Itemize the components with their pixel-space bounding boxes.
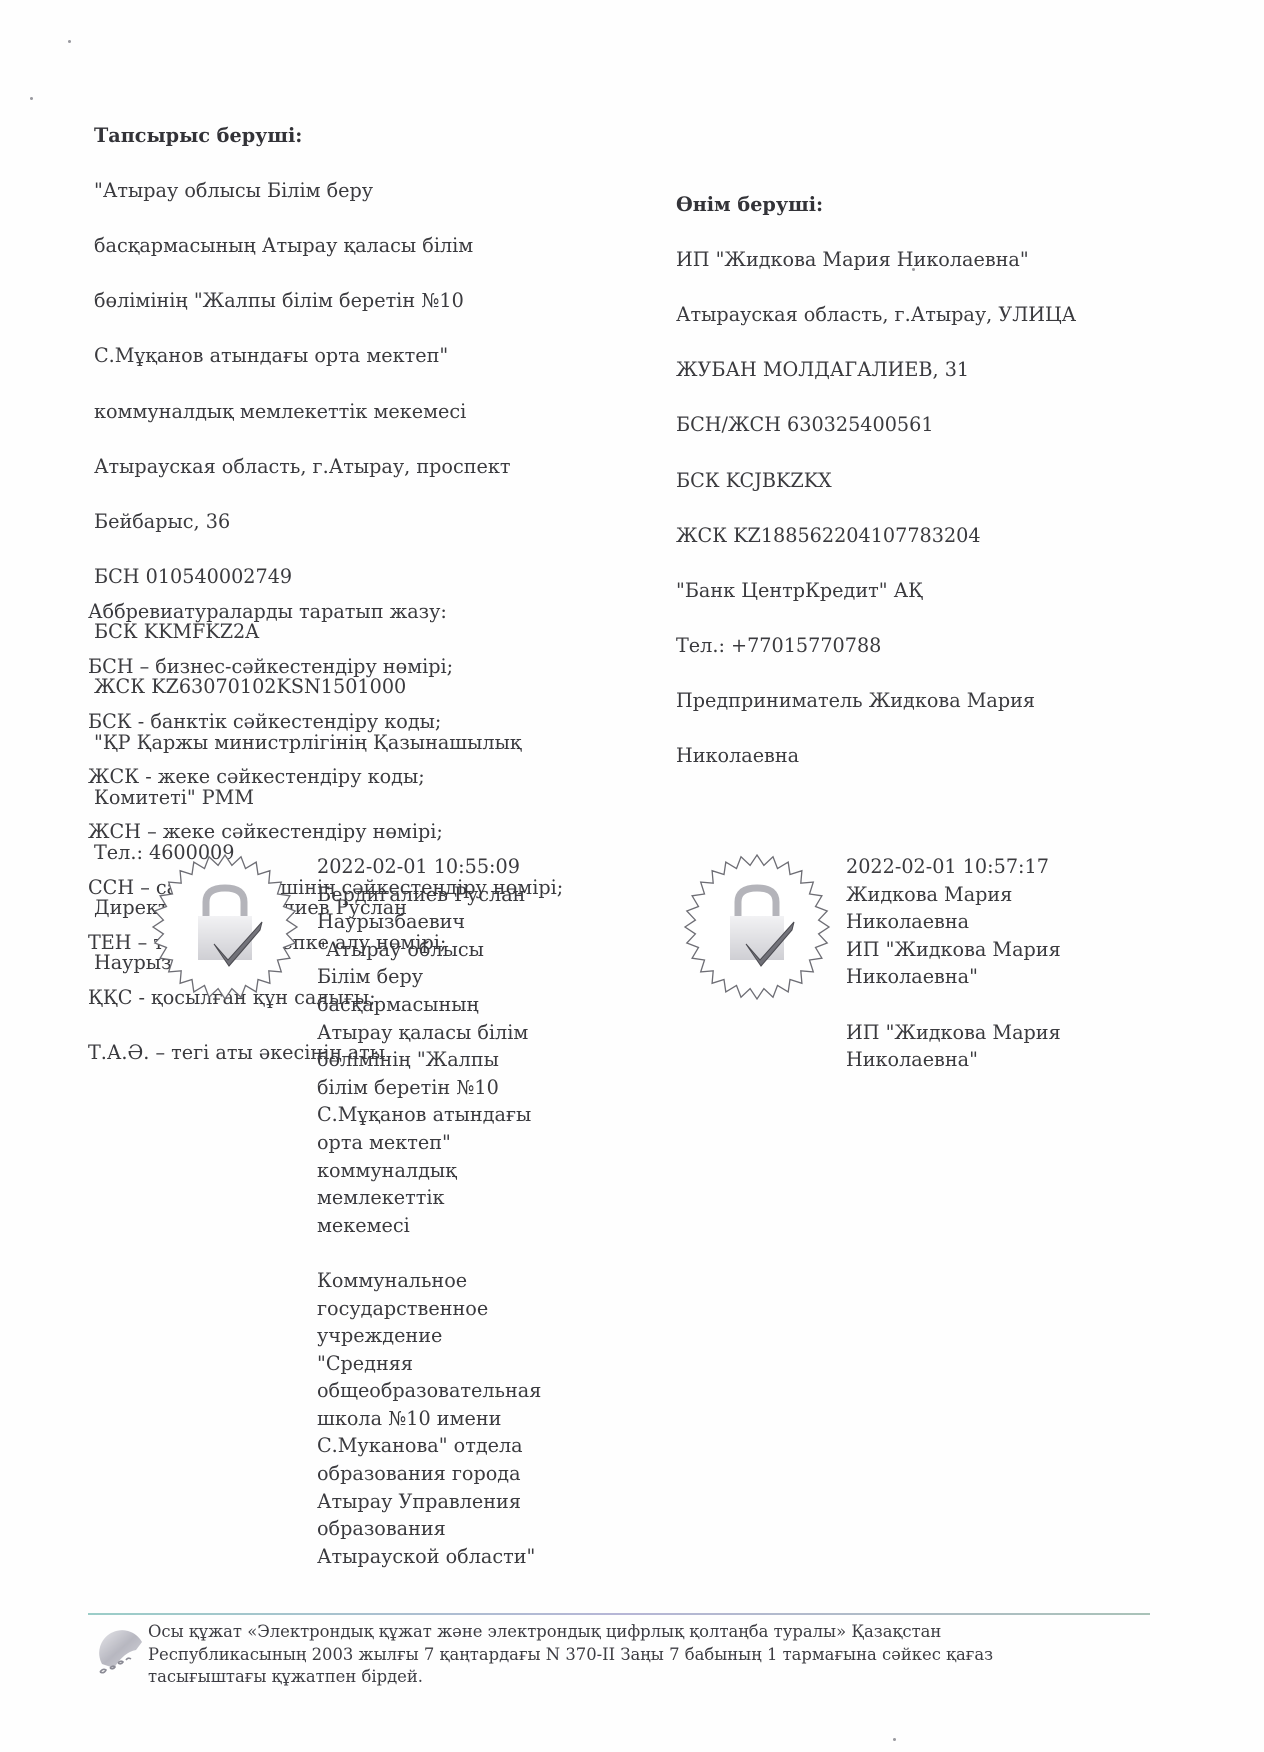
customer-line: басқармасының Атырау қаласы білім: [94, 232, 564, 260]
producer-iban: ЖСК KZ188562204107783204: [676, 522, 1146, 550]
signer-name: Жидкова Мария: [846, 881, 1106, 909]
customer-line: Бейбарыс, 36: [94, 508, 564, 536]
signer-org-kz: мемлекеттік: [317, 1184, 577, 1212]
abbreviations-heading: Аббревиатураларды таратып жазу:: [88, 598, 648, 626]
signer-org-ru: "Средняя: [317, 1350, 577, 1378]
abbreviation-item: БСК - банктік сәйкестендіру коды;: [88, 708, 648, 736]
signer-name: Бердигалиев Руслан: [317, 881, 577, 909]
signer-org-ru: образования: [317, 1515, 577, 1543]
signer-org-kz: білім беретін №10: [317, 1074, 577, 1102]
signer-org-kz: мекемесі: [317, 1212, 577, 1240]
signer-org-ru: С.Муканова" отдела: [317, 1432, 577, 1460]
signer-org-kz: "Атырау облысы: [317, 936, 577, 964]
lock-check-seal-icon: [682, 852, 832, 1002]
signer-org-kz: орта мектеп": [317, 1129, 577, 1157]
signer-name: Наурызбаевич: [317, 908, 577, 936]
producer-signatory: Предприниматель Жидкова Мария: [676, 687, 1146, 715]
customer-line: С.Мұқанов атындағы орта мектеп": [94, 342, 564, 370]
customer-line: коммуналдық мемлекеттік мекемесі: [94, 398, 564, 426]
e-gov-emblem-icon: [96, 1628, 150, 1682]
signer-org-ru: Атырау Управления: [317, 1488, 577, 1516]
signer-org-kz: басқармасының: [317, 991, 577, 1019]
signer-org-kz: С.Мұқанов атындағы: [317, 1101, 577, 1129]
producer-line: Атырауская область, г.Атырау, УЛИЦА: [676, 301, 1146, 329]
legal-notice: Осы құжат «Электрондық құжат және электр…: [148, 1621, 1148, 1689]
signer-org-kz: ИП "Жидкова Мария: [846, 936, 1106, 964]
signer-org-ru: Коммунальное: [317, 1267, 577, 1295]
producer-bank: "Банк ЦентрКредит" АҚ: [676, 577, 1146, 605]
abbreviation-item: ЖСК - жеке сәйкестендіру коды;: [88, 763, 648, 791]
producer-line: ЖУБАН МОЛДАГАЛИЕВ, 31: [676, 356, 1146, 384]
spacer: [846, 991, 1106, 1019]
signer-org-ru: школа №10 имени: [317, 1405, 577, 1433]
producer-bic: БСК KCJBKZKX: [676, 467, 1146, 495]
signer-org-ru: общеобразовательная: [317, 1377, 577, 1405]
scan-speck: [912, 268, 915, 271]
signature-text: 2022-02-01 10:55:09 Бердигалиев Руслан Н…: [317, 853, 577, 1570]
customer-line: бөлімінің "Жалпы білім беретін №10: [94, 287, 564, 315]
signer-org-ru: Атырауской области": [317, 1543, 577, 1571]
producer-signatory: Николаевна: [676, 742, 1146, 770]
signer-org-kz: бөлімінің "Жалпы: [317, 1046, 577, 1074]
signer-org-ru: образования города: [317, 1460, 577, 1488]
legal-notice-line: Республикасының 2003 жылғы 7 қаңтардағы …: [148, 1644, 1148, 1667]
producer-line: ИП "Жидкова Мария Николаевна": [676, 246, 1146, 274]
signer-org-kz: Атырау қаласы білім: [317, 1019, 577, 1047]
customer-line: Атырауская область, г.Атырау, проспект: [94, 453, 564, 481]
scan-speck: [893, 1738, 896, 1741]
signer-org-ru: ИП "Жидкова Мария: [846, 1019, 1106, 1047]
footer-divider: [88, 1613, 1150, 1615]
producer-heading: Өнім беруші:: [676, 191, 1146, 219]
signer-org-kz: Білім беру: [317, 963, 577, 991]
signature-text: 2022-02-01 10:57:17 Жидкова Мария Никола…: [846, 853, 1106, 1074]
signer-org-ru: государственное: [317, 1295, 577, 1323]
legal-notice-line: тасығыштағы құжатпен бірдей.: [148, 1666, 1148, 1689]
signer-org-ru: учреждение: [317, 1322, 577, 1350]
producer-details: Өнім беруші: ИП "Жидкова Мария Николаевн…: [676, 163, 1146, 798]
scan-speck: [30, 97, 33, 100]
signature-timestamp: 2022-02-01 10:55:09: [317, 853, 577, 881]
document-page: Тапсырыс беруші: "Атырау облысы Білім бе…: [0, 0, 1264, 1752]
signer-org-kz: коммуналдық: [317, 1157, 577, 1185]
lock-check-seal-icon: [150, 852, 300, 1002]
customer-heading: Тапсырыс беруші:: [94, 122, 564, 150]
spacer: [317, 1239, 577, 1267]
signer-name: Николаевна: [846, 908, 1106, 936]
signature-timestamp: 2022-02-01 10:57:17: [846, 853, 1106, 881]
producer-bin: БСН/ЖСН 630325400561: [676, 411, 1146, 439]
signer-org-kz: Николаевна": [846, 963, 1106, 991]
producer-phone: Тел.: +77015770788: [676, 632, 1146, 660]
scan-speck: [907, 700, 910, 703]
signer-org-ru: Николаевна": [846, 1046, 1106, 1074]
legal-notice-line: Осы құжат «Электрондық құжат және электр…: [148, 1621, 1148, 1644]
abbreviation-item: БСН – бизнес-сәйкестендіру нөмірі;: [88, 653, 648, 681]
customer-line: "Атырау облысы Білім беру: [94, 177, 564, 205]
scan-speck: [68, 40, 71, 43]
abbreviation-item: ЖСН – жеке сәйкестендіру нөмірі;: [88, 818, 648, 846]
